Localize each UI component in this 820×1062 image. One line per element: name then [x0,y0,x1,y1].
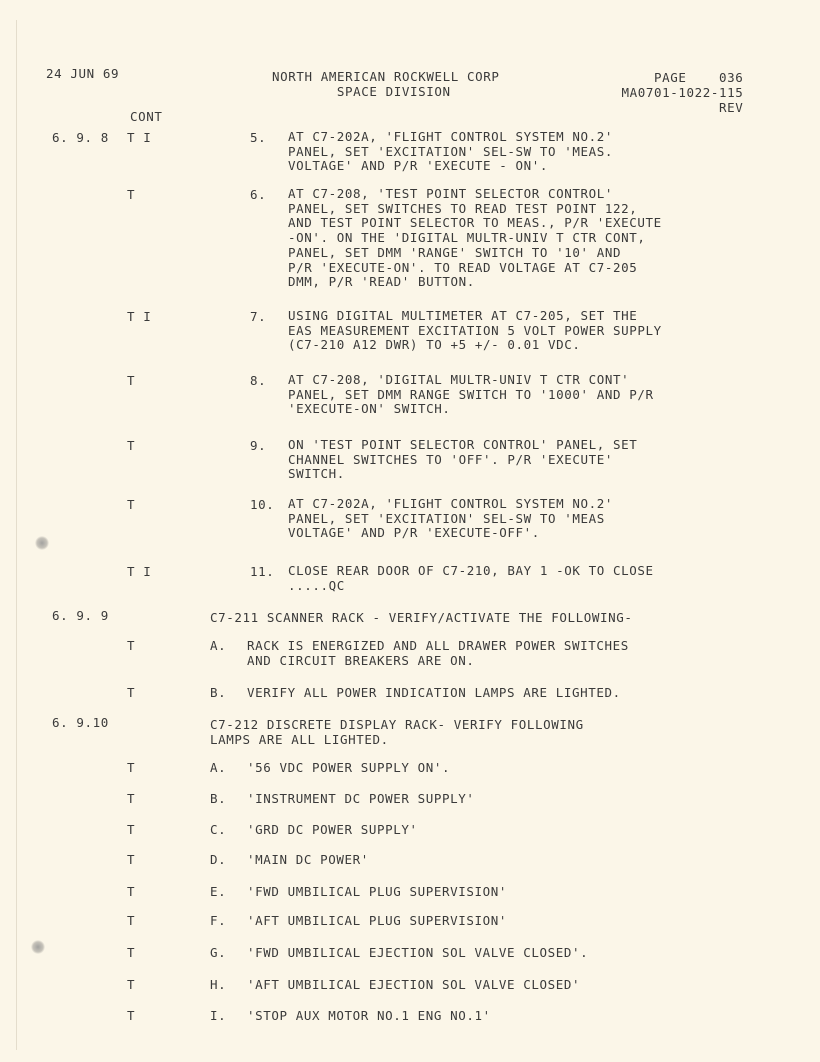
step-tag: T I [127,564,151,579]
item-tag: T [127,791,135,806]
item-letter: A. [210,638,226,653]
step-text: AT C7-208, 'DIGITAL MULTR-UNIV T CTR CON… [288,373,654,417]
division-name: SPACE DIVISION [321,84,451,99]
page-label: PAGE [592,70,687,85]
header-page-info: PAGE 036 MA0701-1022-115 REV [592,70,743,115]
step-text: AT C7-202A, 'FLIGHT CONTROL SYSTEM NO.2'… [288,130,613,174]
item-text: 'STOP AUX MOTOR NO.1 ENG NO.1' [247,1008,491,1023]
item-letter: B. [210,685,226,700]
section-code: 6. 9. 9 [52,608,109,623]
ink-smudge [31,940,45,954]
item-tag: T [127,822,135,837]
section-code: 6. 9. 8 [52,130,109,145]
step-number: 7. [250,309,266,324]
header-date: 24 JUN 69 [46,66,119,81]
item-text: 'FWD UMBILICAL PLUG SUPERVISION' [247,884,507,899]
ink-smudge [35,536,49,550]
step-text: ON 'TEST POINT SELECTOR CONTROL' PANEL, … [288,438,637,482]
item-text: VERIFY ALL POWER INDICATION LAMPS ARE LI… [247,685,621,700]
cont-label: CONT [130,109,163,124]
item-text: 'MAIN DC POWER' [247,852,369,867]
item-tag: T [127,852,135,867]
item-letter: A. [210,760,226,775]
step-text: CLOSE REAR DOOR OF C7-210, BAY 1 -OK TO … [288,564,654,593]
item-text: 'AFT UMBILICAL PLUG SUPERVISION' [247,913,507,928]
section-code: 6. 9.10 [52,715,109,730]
item-text: 'FWD UMBILICAL EJECTION SOL VALVE CLOSED… [247,945,588,960]
header-company: NORTH AMERICAN ROCKWELL CORP SPACE DIVIS… [272,69,500,99]
step-number: 9. [250,438,266,453]
item-tag: T [127,884,135,899]
item-tag: T [127,1008,135,1023]
page-edge-divider [16,20,17,1050]
item-text: '56 VDC POWER SUPPLY ON'. [247,760,450,775]
step-tag: T I [127,309,151,324]
item-letter: E. [210,884,226,899]
step-number: 8. [250,373,266,388]
item-tag: T [127,945,135,960]
page-number: 036 [719,70,743,85]
step-number: 11. [250,564,274,579]
item-letter: G. [210,945,226,960]
item-text: 'GRD DC POWER SUPPLY' [247,822,418,837]
step-tag: T [127,187,135,202]
item-letter: H. [210,977,226,992]
item-tag: T [127,913,135,928]
item-letter: C. [210,822,226,837]
item-letter: F. [210,913,226,928]
step-number: 6. [250,187,266,202]
item-tag: T [127,760,135,775]
doc-number: MA0701-1022-115 [622,85,744,100]
step-tag: T I [127,130,151,145]
document-page: 24 JUN 69 NORTH AMERICAN ROCKWELL CORP S… [0,0,820,1062]
step-text: AT C7-208, 'TEST POINT SELECTOR CONTROL'… [288,187,662,290]
step-number: 5. [250,130,266,145]
item-letter: I. [210,1008,226,1023]
item-letter: D. [210,852,226,867]
item-tag: T [127,638,135,653]
step-text: AT C7-202A, 'FLIGHT CONTROL SYSTEM NO.2'… [288,497,613,541]
section-title: C7-212 DISCRETE DISPLAY RACK- VERIFY FOL… [210,717,584,747]
rev-label: REV [629,100,743,115]
item-text: 'AFT UMBILICAL EJECTION SOL VALVE CLOSED… [247,977,580,992]
item-letter: B. [210,791,226,806]
step-tag: T [127,497,135,512]
item-tag: T [127,977,135,992]
step-tag: T [127,373,135,388]
company-name: NORTH AMERICAN ROCKWELL CORP [272,69,500,84]
item-tag: T [127,685,135,700]
item-text: 'INSTRUMENT DC POWER SUPPLY' [247,791,475,806]
section-title: C7-211 SCANNER RACK - VERIFY/ACTIVATE TH… [210,610,633,625]
step-text: USING DIGITAL MULTIMETER AT C7-205, SET … [288,309,662,353]
step-number: 10. [250,497,274,512]
item-text: RACK IS ENERGIZED AND ALL DRAWER POWER S… [247,638,629,668]
step-tag: T [127,438,135,453]
